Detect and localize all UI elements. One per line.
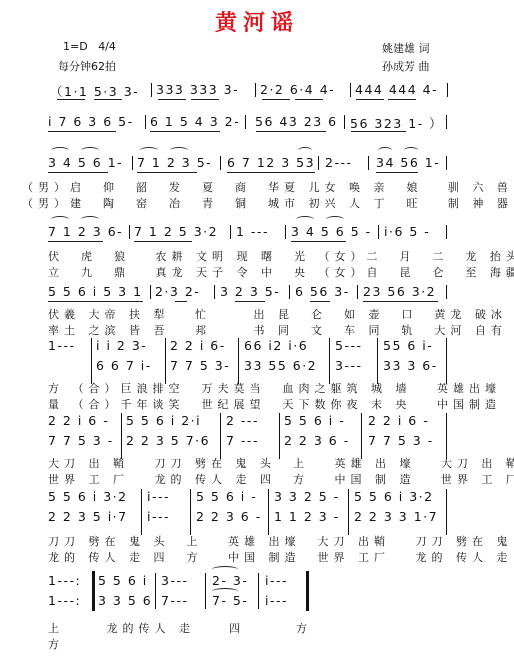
barline — [255, 83, 256, 97]
lyrics-line-2: （男）建 陶 窑 冶 青 铜 城市 初兴 人 丁 旺 制 神 器 — [0, 195, 514, 211]
key-signature: 1=D 4/4 — [63, 40, 116, 53]
lyrics-line-1: 伏羲 大帝 扶 犁 忙 出 昆 仑 如 壶 口 黄龙 破冰 奔 东 — [0, 306, 514, 322]
barline — [151, 83, 152, 97]
measure: 444 444 4- — [355, 82, 438, 97]
notation-row: 7 1 2 3 6- 7 1 2 5 3·2 1 --- 3 4 5 6 5 -… — [0, 224, 514, 242]
notation-row: 5 5 6 i 5 3 1 2·3 2- 3 2 3 5- 6 56 3- 23… — [0, 284, 514, 302]
measure: 7 1 2 3 6- — [48, 224, 123, 239]
measure: 56 43 23 6 — [255, 114, 338, 129]
measure: 2·3 2- — [155, 284, 200, 299]
lyrics-line-2: 量 （合）千年谈笑 世纪展望 天下数你夜 未 央 中国制造 — [0, 396, 514, 412]
lyrics-line-1: （男）启 仰 韶 发 夏 商 华夏 儿女 唤 亲 娘 驯 六 兽 — [0, 179, 514, 195]
notation-row-upper: 5 5 6 i 3·2 i--- 5 5 6 i - 3 3 2 5 - 5 5… — [0, 489, 514, 507]
measure: 7 1 2 5 3·2 — [134, 224, 218, 239]
notation-row-lower: 6 6 7 i- 7 7 5 3- 33 55 6·2 3--- 33 3 6- — [0, 358, 514, 376]
time-signature: 4/4 — [98, 40, 116, 53]
lyricist-credit: 姚建雄 词 — [382, 40, 430, 56]
measure: 34 56 1- — [376, 155, 440, 170]
measure: 2--- — [325, 155, 352, 170]
notation-row-lower: 1---: 3 3 5 6 7--- 7- 5- i--- — [0, 593, 514, 611]
measure: 3 2 3 5- — [220, 284, 280, 299]
song-title: 黄河谣 — [0, 6, 514, 37]
notation-row: 3 4 5 6 1- 7 1 2 3 5- 6 7 12 3 53 2--- 3… — [0, 155, 514, 173]
notation-row-upper: 2 2 i 6 - 5 5 6 i 2·i 2 --- 5 5 6 i - 2 … — [0, 413, 514, 431]
notation-row: i 7 6 3 6 5- 6 1 5 4 3 2- 56 43 23 6 56 … — [0, 114, 514, 132]
lyrics-line-2: 世界 工 厂 龙的 传人 走 四 方 中国 制 造 世界 工 厂 — [0, 471, 514, 487]
measure: 2·2 6·4 4- — [260, 82, 335, 97]
notation-row-lower: 7 7 5 3 - 2 2 3 5 7·6 7 --- 2 2 3 6 - 7 … — [0, 433, 514, 451]
measure: 6 56 3- — [295, 284, 350, 299]
measure: 3 4 5 6 1- — [48, 155, 123, 170]
measure: （1·1 5·3 3- — [50, 82, 139, 100]
lyrics-line-2: 率土 之滨 皆 吾 邦 书 同 文 车 同 轨 大河 自有 大 气 — [0, 322, 514, 338]
measure: 6 7 12 3 53 — [227, 155, 315, 170]
notation-row-upper: 1---: 5 5 6 i 3--- 2- 3- i--- — [0, 573, 514, 591]
barline — [350, 83, 351, 97]
notation-row-upper: 1--- i i 2 3- 2 2 i 6- 66 i2 i·6 5--- 55… — [0, 338, 514, 356]
measure: 5 5 6 i 5 3 1 — [48, 284, 143, 299]
notation-row-lower: 2 2 3 5 i·7 i--- 2 2 3 6 - 1 1 2 3 - 2 2… — [0, 509, 514, 527]
lyrics-line-1: 刀刀 劈在 鬼 头 上 英雄 出壕 大刀 出鞘 刀刀 劈在 鬼 头 — [0, 533, 514, 549]
measure: 1 --- — [236, 224, 269, 239]
lyrics-line-1: 方 （合）巨浪排空 万夫莫当 血肉之躯筑 城 墙 英雄出壕 — [0, 380, 514, 396]
lyrics-line-2: 立 九 鼎 真龙 天子 令 中 央 （女）自 昆 仑 至 海疆 — [0, 264, 514, 280]
tempo-marking: 每分钟62拍 — [58, 58, 116, 74]
measure: 23 56 3·2 — [363, 284, 436, 299]
measure: 333 333 3- — [156, 82, 239, 97]
lyrics-line-2: 龙的 传人 走 四 方 中国 制造 世界 工厂 龙的 传人 走 四 — [0, 549, 514, 565]
measure: 6 1 5 4 3 2- — [150, 114, 240, 129]
lyrics-line-1: 伏 虎 狼 农耕 文明 现 曙 光 （女）二 月 二 龙 抬头 — [0, 248, 514, 264]
measure: 7 1 2 3 5- — [137, 155, 212, 170]
lyrics-line-1: 上 龙的传人 走 四 方 — [0, 620, 514, 636]
notation-row: （1·1 5·3 3- 333 333 3- 2·2 6·4 4- 444 44… — [0, 82, 514, 100]
measure: i 7 6 3 6 5- — [48, 114, 134, 129]
measure: i·6 5 - — [384, 224, 430, 239]
lyrics-line-2: 方 — [0, 636, 514, 652]
composer-credit: 孙成芳 曲 — [382, 58, 430, 74]
lyrics-line-1: 大刀 出 鞘 刀刀 劈在 鬼 头 上 英雄 出 壕 大刀 出 鞘 — [0, 455, 514, 471]
barline — [447, 83, 448, 97]
measure: 56 323 1- ） — [350, 114, 443, 132]
measure: 3 4 5 6 5 - — [291, 224, 372, 239]
